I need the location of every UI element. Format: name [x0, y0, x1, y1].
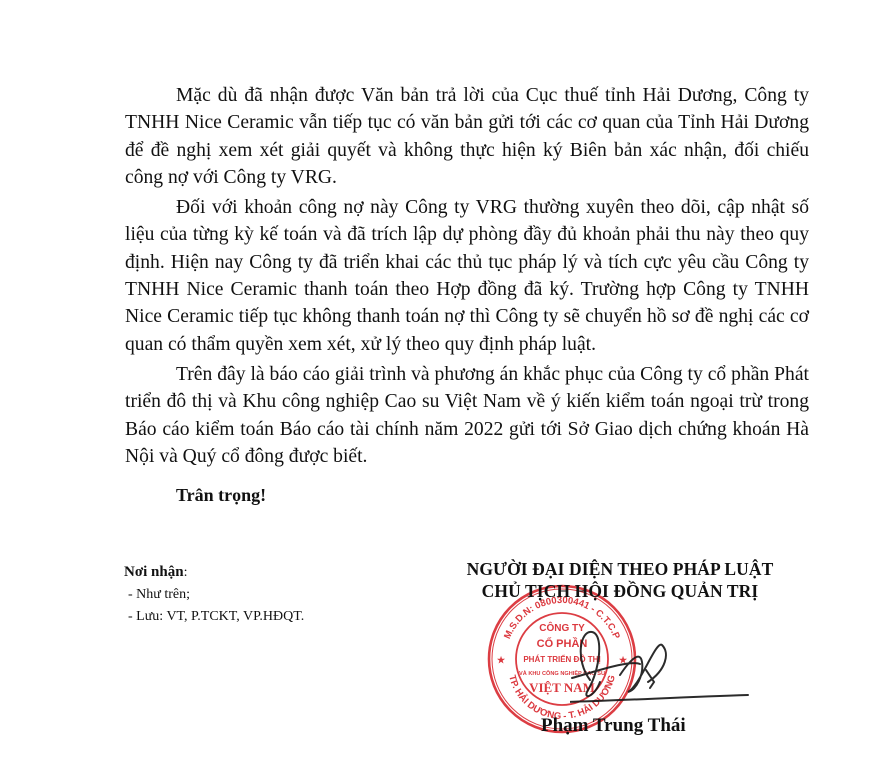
signer-role-line-1: NGƯỜI ĐẠI DIỆN THEO PHÁP LUẬT	[440, 558, 800, 580]
paragraph-3: Trên đây là báo cáo giải trình và phương…	[125, 361, 809, 470]
handwritten-signature-icon	[570, 620, 770, 710]
document-page: Mặc dù đã nhận được Văn bản trả lời của …	[0, 0, 869, 781]
closing-salutation: Trân trọng!	[176, 485, 266, 506]
signer-name: Phạm Trung Thái	[541, 715, 686, 737]
signature-block: NGƯỜI ĐẠI DIỆN THEO PHÁP LUẬT CHỦ TỊCH H…	[440, 558, 800, 602]
recipient-item: - Như trên;	[124, 584, 304, 606]
paragraph-1: Mặc dù đã nhận được Văn bản trả lời của …	[125, 82, 809, 191]
recipients-title-colon: :	[184, 565, 188, 580]
recipients-block: Nơi nhận: - Như trên; - Lưu: VT, P.TCKT,…	[124, 561, 304, 628]
recipient-item: - Lưu: VT, P.TCKT, VP.HĐQT.	[124, 606, 304, 628]
document-body: Mặc dù đã nhận được Văn bản trả lời của …	[125, 82, 809, 470]
paragraph-2: Đối với khoản công nợ này Công ty VRG th…	[125, 194, 809, 358]
svg-text:★: ★	[497, 655, 506, 665]
recipients-title: Nơi nhận	[124, 564, 184, 580]
signer-role-line-2: CHỦ TỊCH HỘI ĐỒNG QUẢN TRỊ	[440, 580, 800, 602]
